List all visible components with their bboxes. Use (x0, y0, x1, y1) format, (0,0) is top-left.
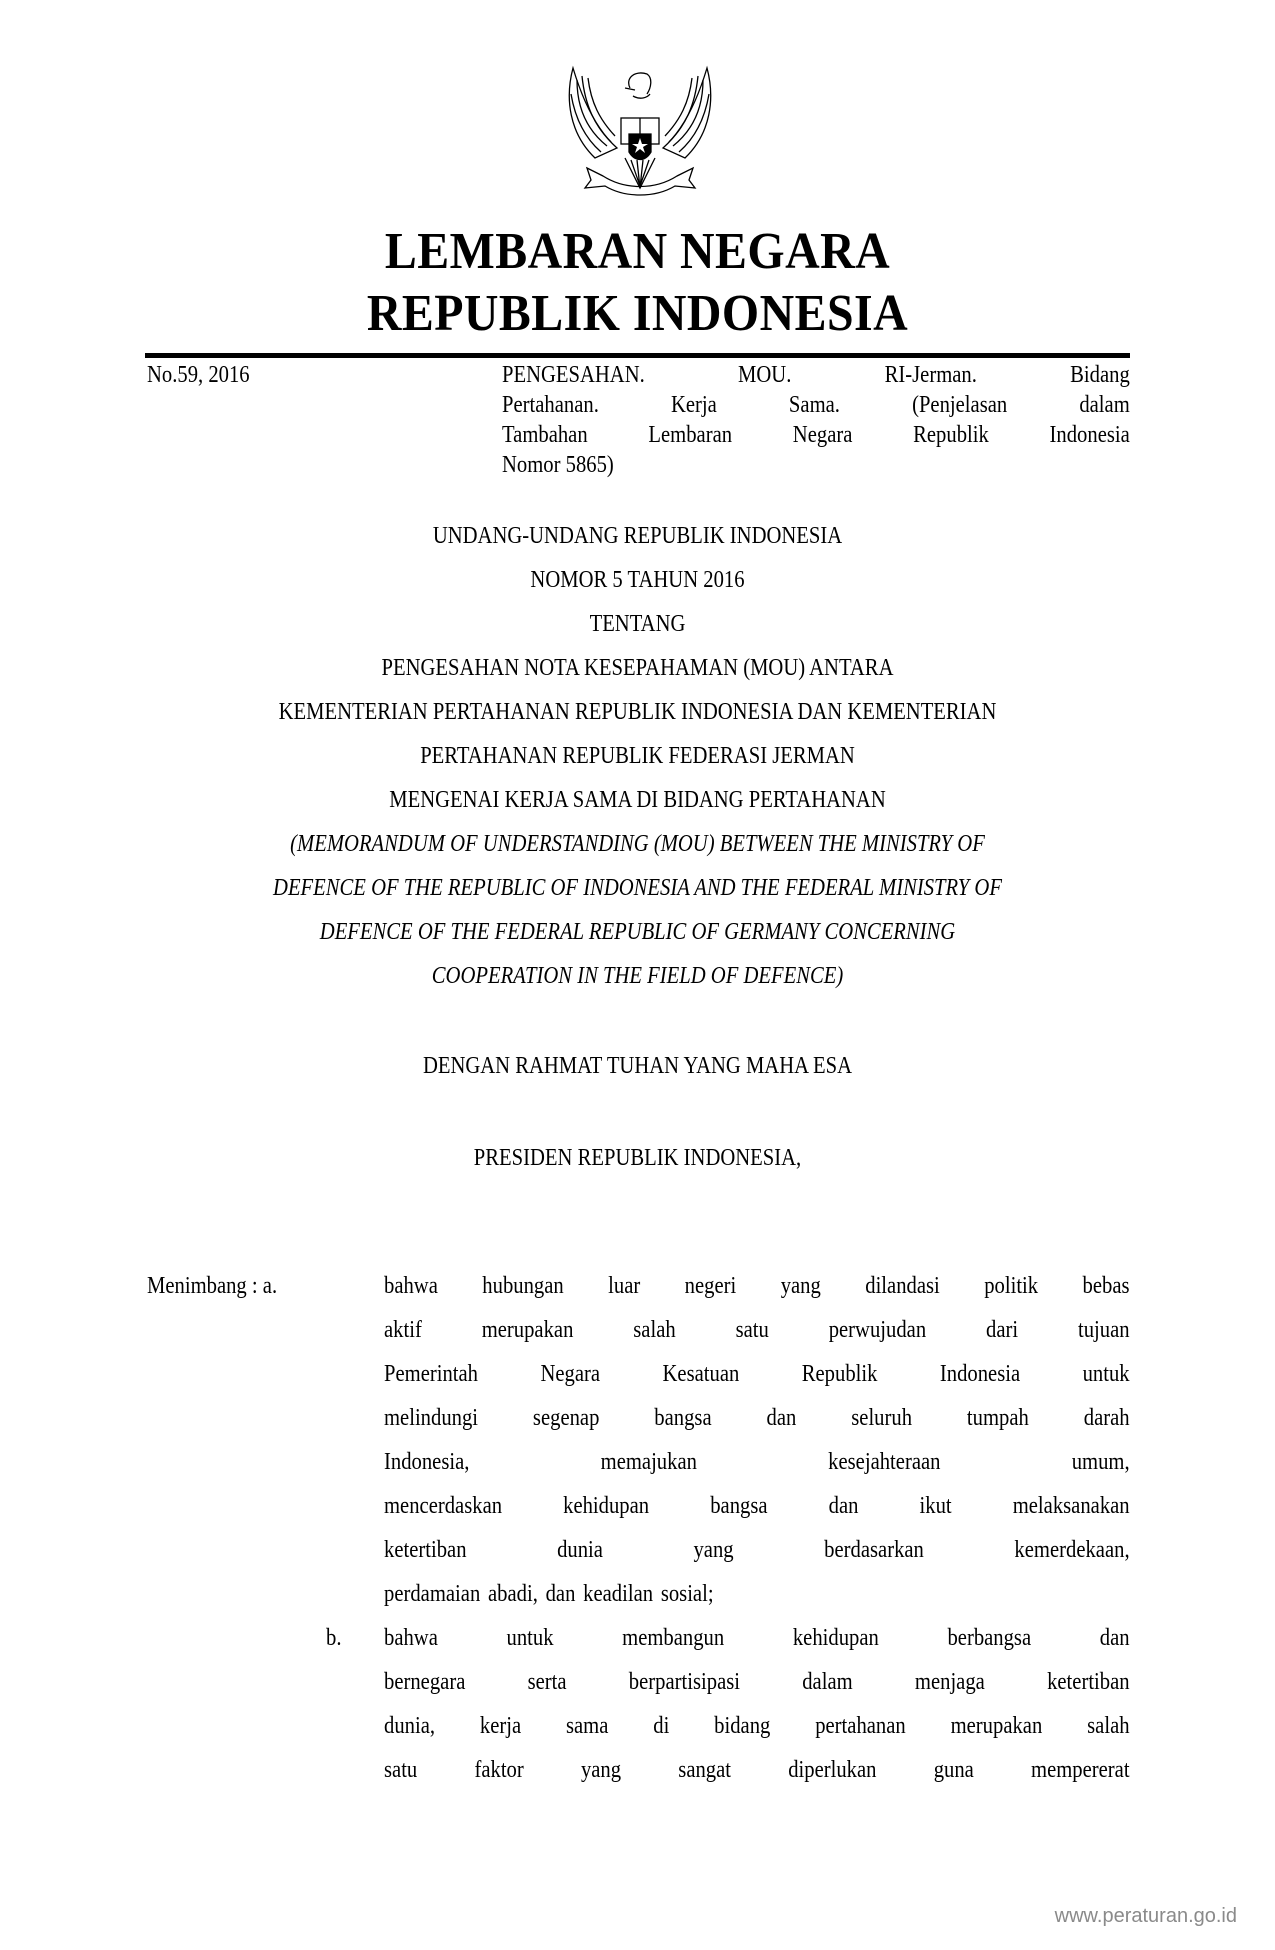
gazette-title-line1: LEMBARAN NEGARA (51, 224, 1224, 280)
para-line: Indonesia,memajukankesejahteraanumum, (384, 1440, 1130, 1484)
para-line: aktifmerupakansalahsatuperwujudandarituj… (384, 1308, 1130, 1352)
law-type: UNDANG-UNDANG REPUBLIK INDONESIA (89, 514, 1186, 558)
header-divider (145, 353, 1130, 358)
law-english-line: COOPERATION IN THE FIELD OF DEFENCE) (89, 954, 1186, 998)
consideration-b: bahwauntukmembangunkehidupanberbangsadan… (384, 1616, 1130, 1792)
para-line: bahwauntukmembangunkehidupanberbangsadan (384, 1616, 1130, 1660)
para-line: bernegarasertaberpartisipasidalammenjaga… (384, 1660, 1130, 1704)
law-heading: UNDANG-UNDANG REPUBLIK INDONESIA NOMOR 5… (0, 514, 1275, 998)
garuda-pancasila-emblem-icon (555, 48, 725, 218)
blessing: DENGAN RAHMAT TUHAN YANG MAHA ESA (0, 1044, 1275, 1088)
para-line: dunia,kerjasamadibidangpertahananmerupak… (384, 1704, 1130, 1748)
law-english-line: (MEMORANDUM OF UNDERSTANDING (MOU) BETWE… (89, 822, 1186, 866)
law-title-line: PERTAHANAN REPUBLIK FEDERASI JERMAN (89, 734, 1186, 778)
law-about: TENTANG (89, 602, 1186, 646)
president-heading: PRESIDEN REPUBLIK INDONESIA, (0, 1136, 1275, 1180)
subject-line: Nomor 5865) (502, 450, 1130, 480)
para-line: bahwahubunganluarnegeriyangdilandasipoli… (384, 1264, 1130, 1308)
considerations-label: Menimbang : a. (147, 1264, 298, 1308)
law-title-line: PENGESAHAN NOTA KESEPAHAMAN (MOU) ANTARA (89, 646, 1186, 690)
subject-line: TambahanLembaranNegaraRepublikIndonesia (502, 420, 1130, 450)
para-line: perdamaianabadi,dankeadilansosial; (384, 1572, 1130, 1616)
consideration-letter-b: b. (326, 1616, 344, 1660)
para-line: melindungisegenapbangsadanseluruhtumpahd… (384, 1396, 1130, 1440)
law-title-line: MENGENAI KERJA SAMA DI BIDANG PERTAHANAN (89, 778, 1186, 822)
consideration-a: bahwahubunganluarnegeriyangdilandasipoli… (384, 1264, 1130, 1616)
para-line: satufaktoryangsangatdiperlukangunamemper… (384, 1748, 1130, 1792)
para-line: mencerdaskankehidupanbangsadanikutmelaks… (384, 1484, 1130, 1528)
law-english-line: DEFENCE OF THE FEDERAL REPUBLIC OF GERMA… (89, 910, 1186, 954)
subject-line: PENGESAHAN.MOU.RI-Jerman.Bidang (502, 360, 1130, 390)
gazette-subject: PENGESAHAN.MOU.RI-Jerman.Bidang Pertahan… (502, 360, 1130, 480)
source-watermark: www.peraturan.go.id (1055, 1905, 1237, 1928)
gazette-number: No.59, 2016 (147, 360, 266, 390)
law-number: NOMOR 5 TAHUN 2016 (89, 558, 1186, 602)
para-line: PemerintahNegaraKesatuanRepublikIndonesi… (384, 1352, 1130, 1396)
gazette-title-line2: REPUBLIK INDONESIA (51, 286, 1224, 342)
subject-line: Pertahanan.KerjaSama.(Penjelasandalam (502, 390, 1130, 420)
para-line: ketertibanduniayangberdasarkankemerdekaa… (384, 1528, 1130, 1572)
law-english-line: DEFENCE OF THE REPUBLIC OF INDONESIA AND… (89, 866, 1186, 910)
law-title-line: KEMENTERIAN PERTAHANAN REPUBLIK INDONESI… (89, 690, 1186, 734)
